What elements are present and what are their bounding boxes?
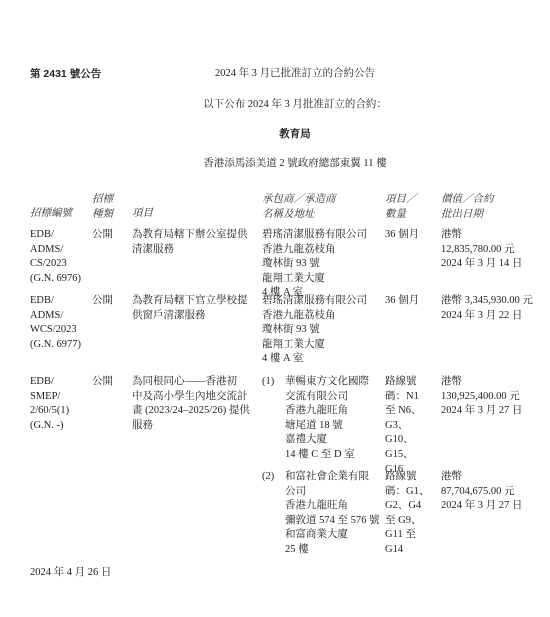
department-heading: 教育局 [0, 127, 550, 142]
contractor: 碧瑤清潔服務有限公司 香港九龍荔枝角 瓊林街 93 號 龍翔工業大廈 4 樓 A… [262, 228, 367, 301]
department-address: 香港添馬添美道 2 號政府總部東翼 11 樓 [0, 157, 550, 172]
tender-ref: EDB/ ADMS/ CS/2023 (G.N. 6976) [30, 228, 81, 286]
value: 港幣 12,835,780.00 元 2024 年 3 月 14 日 [441, 228, 522, 272]
header-tender-ref: 招標編號 [30, 207, 72, 222]
contractor-index: (1) [262, 375, 274, 390]
tender-type: 公開 [92, 294, 113, 309]
contractor: 和富社會企業有限 公司 香港九龍旺角 彌敦道 574 至 576 號 和富商業大… [285, 470, 380, 558]
notice-intro: 以下公布 2024 年 3 月批准訂立的合約： [0, 98, 550, 113]
header-subject: 項目 [132, 207, 153, 222]
header-tender-type: 招標 種類 [92, 193, 113, 222]
value: 港幣 3,345,930.00 元 2024 年 3 月 22 日 [441, 294, 533, 323]
contractor-index: (2) [262, 470, 274, 485]
contractor: 華暢東方文化國際 交流有限公司 香港九龍旺角 塘尾道 18 號 嘉禮大廈 14 … [285, 375, 369, 463]
tender-type: 公開 [92, 228, 113, 243]
value: 港幣 87,704,675.00 元 2024 年 3 月 27 日 [441, 470, 522, 514]
header-quantity: 項目／ 數量 [385, 193, 417, 222]
header-contractor: 承包商／承造商 名稱及地址 [262, 193, 336, 222]
quantity: 36 個月 [385, 228, 419, 243]
subject: 為教育局轄下官立學校提 供窗戶清潔服務 [132, 294, 248, 323]
contractor: 碧瑤清潔服務有限公司 香港九龍荔枝角 瓊林街 93 號 龍翔工業大廈 4 樓 A… [262, 294, 367, 367]
tender-ref: EDB/ ADMS/ WCS/2023 (G.N. 6977) [30, 294, 81, 352]
notice-title: 2024 年 3 月已批准訂立的合約公告 [0, 67, 550, 82]
tender-type: 公開 [92, 375, 113, 390]
tender-ref: EDB/ SMEP/ 2/60/5(1) (G.N. -) [30, 375, 69, 433]
notice-date: 2024 年 4 月 26 日 [30, 566, 111, 581]
subject: 為教育局轄下辦公室提供 清潔服務 [132, 228, 248, 257]
quantity: 路線號 碼：G1、 G2、G4 至 G9、 G11 至 G14 [385, 470, 429, 558]
quantity: 路線號 碼：N1 至 N6、 G3、 G10、 G15、 G16 [385, 375, 421, 477]
quantity: 36 個月 [385, 294, 419, 309]
subject: 為同根同心——香港初 中及高小學生內地交流計 畫 (2023/24–2025/2… [132, 375, 250, 433]
value: 港幣 130,925,400.00 元 2024 年 3 月 27 日 [441, 375, 522, 419]
header-value: 價值／合約 批出日期 [441, 193, 494, 222]
